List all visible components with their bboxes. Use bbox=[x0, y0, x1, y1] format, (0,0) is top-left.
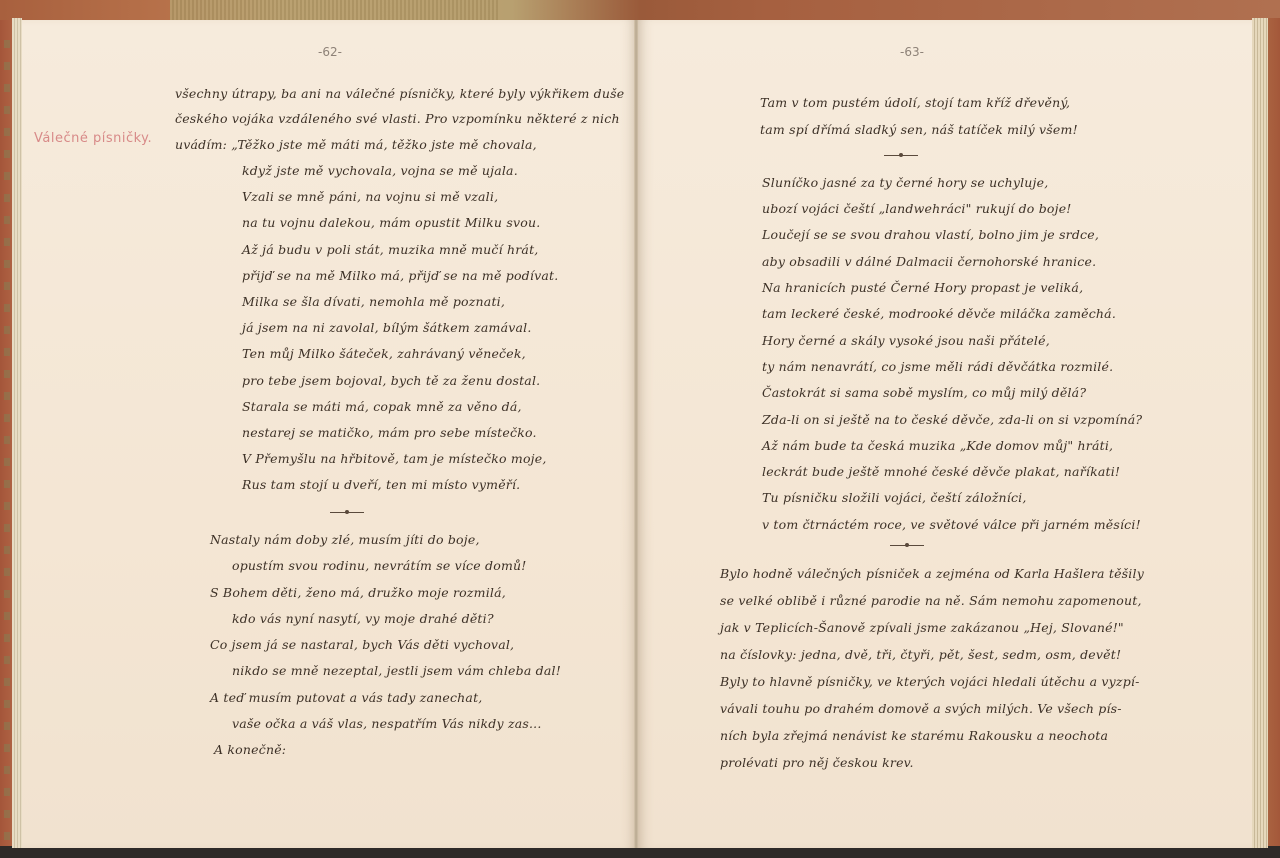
verse-line: Rus tam stojí u dveří, ten mi místo vymě… bbox=[242, 477, 520, 492]
prose-line: se velké oblibě i různé parodie na ně. S… bbox=[720, 593, 1142, 608]
prose-line: Byly to hlavně písničky, ve kterých vojá… bbox=[720, 674, 1140, 689]
margin-heading: Válečné písničky. bbox=[34, 131, 152, 146]
verse-line: Nastaly nám doby zlé, musím jíti do boje… bbox=[210, 532, 480, 547]
verse-line: tam leckeré české, modrooké děvče miláčk… bbox=[762, 306, 1116, 321]
verse-line: ty nám nenavrátí, co jsme měli rádi děvč… bbox=[762, 359, 1113, 374]
right-page-number: -63- bbox=[900, 45, 924, 59]
verse-line: ubozí vojáci čeští „landwehráci" rukují … bbox=[762, 201, 1072, 216]
book-top-edge bbox=[0, 0, 1280, 22]
verse-line: vaše očka a váš vlas, nespatřím Vás nikd… bbox=[232, 716, 542, 731]
section-divider bbox=[884, 155, 918, 156]
verse-line: na tu vojnu dalekou, mám opustit Milku s… bbox=[242, 215, 540, 230]
page-stack-left bbox=[12, 18, 22, 848]
verse-line: aby obsadili v dálné Dalmacii černohorsk… bbox=[762, 254, 1096, 269]
verse-line: Zda-li on si ještě na to české děvče, zd… bbox=[762, 412, 1142, 427]
verse-line: Tu písničku složili vojáci, čeští záložn… bbox=[762, 490, 1027, 505]
verse-line: Na hranicích pusté Černé Hory propast je… bbox=[762, 280, 1083, 295]
prose-line: na číslovky: jedna, dvě, tři, čtyři, pět… bbox=[720, 647, 1121, 662]
verse-line: Až já budu v poli stát, muzika mně mučí … bbox=[242, 242, 538, 257]
verse-line: opustím svou rodinu, nevrátím se více do… bbox=[232, 558, 526, 573]
verse-line: tam spí dřímá sladký sen, náš tatíček mi… bbox=[760, 122, 1078, 137]
cover-decoration bbox=[4, 40, 10, 840]
verse-line: pro tebe jsem bojoval, bych tě za ženu d… bbox=[242, 373, 540, 388]
prose-line: Bylo hodně válečných písniček a zejména … bbox=[720, 566, 1144, 581]
section-divider bbox=[890, 545, 924, 546]
prose-line: českého vojáka vzdáleného své vlasti. Pr… bbox=[175, 111, 620, 126]
prose-line: uvádím: „Těžko jste mě máti má, těžko js… bbox=[175, 137, 537, 152]
verse-line: Ten můj Milko šáteček, zahrávaný věneček… bbox=[242, 346, 526, 361]
left-page-number: -62- bbox=[318, 45, 342, 59]
page-stack-right bbox=[1252, 18, 1268, 848]
verse-line: Milka se šla dívati, nemohla mě poznati, bbox=[242, 294, 505, 309]
prose-line: všechny útrapy, ba ani na válečné písnič… bbox=[175, 86, 624, 101]
verse-line: Až nám bude ta česká muzika „Kde domov m… bbox=[762, 438, 1113, 453]
verse-line: V Přemyšlu na hřbitově, tam je místečko … bbox=[242, 451, 547, 466]
verse-line: kdo vás nyní nasytí, vy moje drahé děti? bbox=[232, 611, 494, 626]
verse-line: v tom čtrnáctém roce, ve světové válce p… bbox=[762, 517, 1141, 532]
prose-line: prolévati pro něj českou krev. bbox=[720, 755, 914, 770]
verse-line: A teď musím putovat a vás tady zanechat, bbox=[210, 690, 482, 705]
prose-line: jak v Teplicích-Šanově zpívali jsme zaká… bbox=[720, 620, 1124, 635]
verse-line: Starala se máti má, copak mně za věno dá… bbox=[242, 399, 522, 414]
book-binding: -62- Válečné písničky. všechny útrapy, b… bbox=[0, 0, 1280, 858]
verse-line: Častokrát si sama sobě myslím, co můj mi… bbox=[762, 385, 1086, 400]
section-divider bbox=[330, 512, 364, 513]
verse-line: leckrát bude ještě mnohé české děvče pla… bbox=[762, 464, 1120, 479]
verse-line: A konečně: bbox=[214, 742, 286, 757]
verse-line: Tam v tom pustém údolí, stojí tam kříž d… bbox=[760, 95, 1070, 110]
verse-line: Co jsem já se nastaral, bych Vás děti vy… bbox=[210, 637, 514, 652]
verse-line: nestarej se matičko, mám pro sebe místeč… bbox=[242, 425, 537, 440]
right-page bbox=[638, 20, 1252, 848]
verse-line: když jste mě vychovala, vojna se mě ujal… bbox=[242, 163, 518, 178]
verse-line: Vzali se mně páni, na vojnu si mě vzali, bbox=[242, 189, 498, 204]
verse-line: já jsem na ni zavolal, bílým šátkem zamá… bbox=[242, 320, 532, 335]
prose-line: ních byla zřejmá nenávist ke starému Rak… bbox=[720, 728, 1108, 743]
verse-line: S Bohem děti, ženo má, družko moje rozmi… bbox=[210, 585, 506, 600]
verse-line: Sluníčko jasné za ty černé hory se uchyl… bbox=[762, 175, 1048, 190]
verse-line: přijď se na mě Milko má, přijď se na mě … bbox=[242, 268, 558, 283]
verse-line: Hory černé a skály vysoké jsou naši přát… bbox=[762, 333, 1050, 348]
verse-line: Loučejí se se svou drahou vlastí, bolno … bbox=[762, 227, 1099, 242]
verse-line: nikdo se mně nezeptal, jestli jsem vám c… bbox=[232, 663, 561, 678]
cloth-spine bbox=[170, 0, 500, 20]
prose-line: vávali touhu po drahém domově a svých mi… bbox=[720, 701, 1122, 716]
